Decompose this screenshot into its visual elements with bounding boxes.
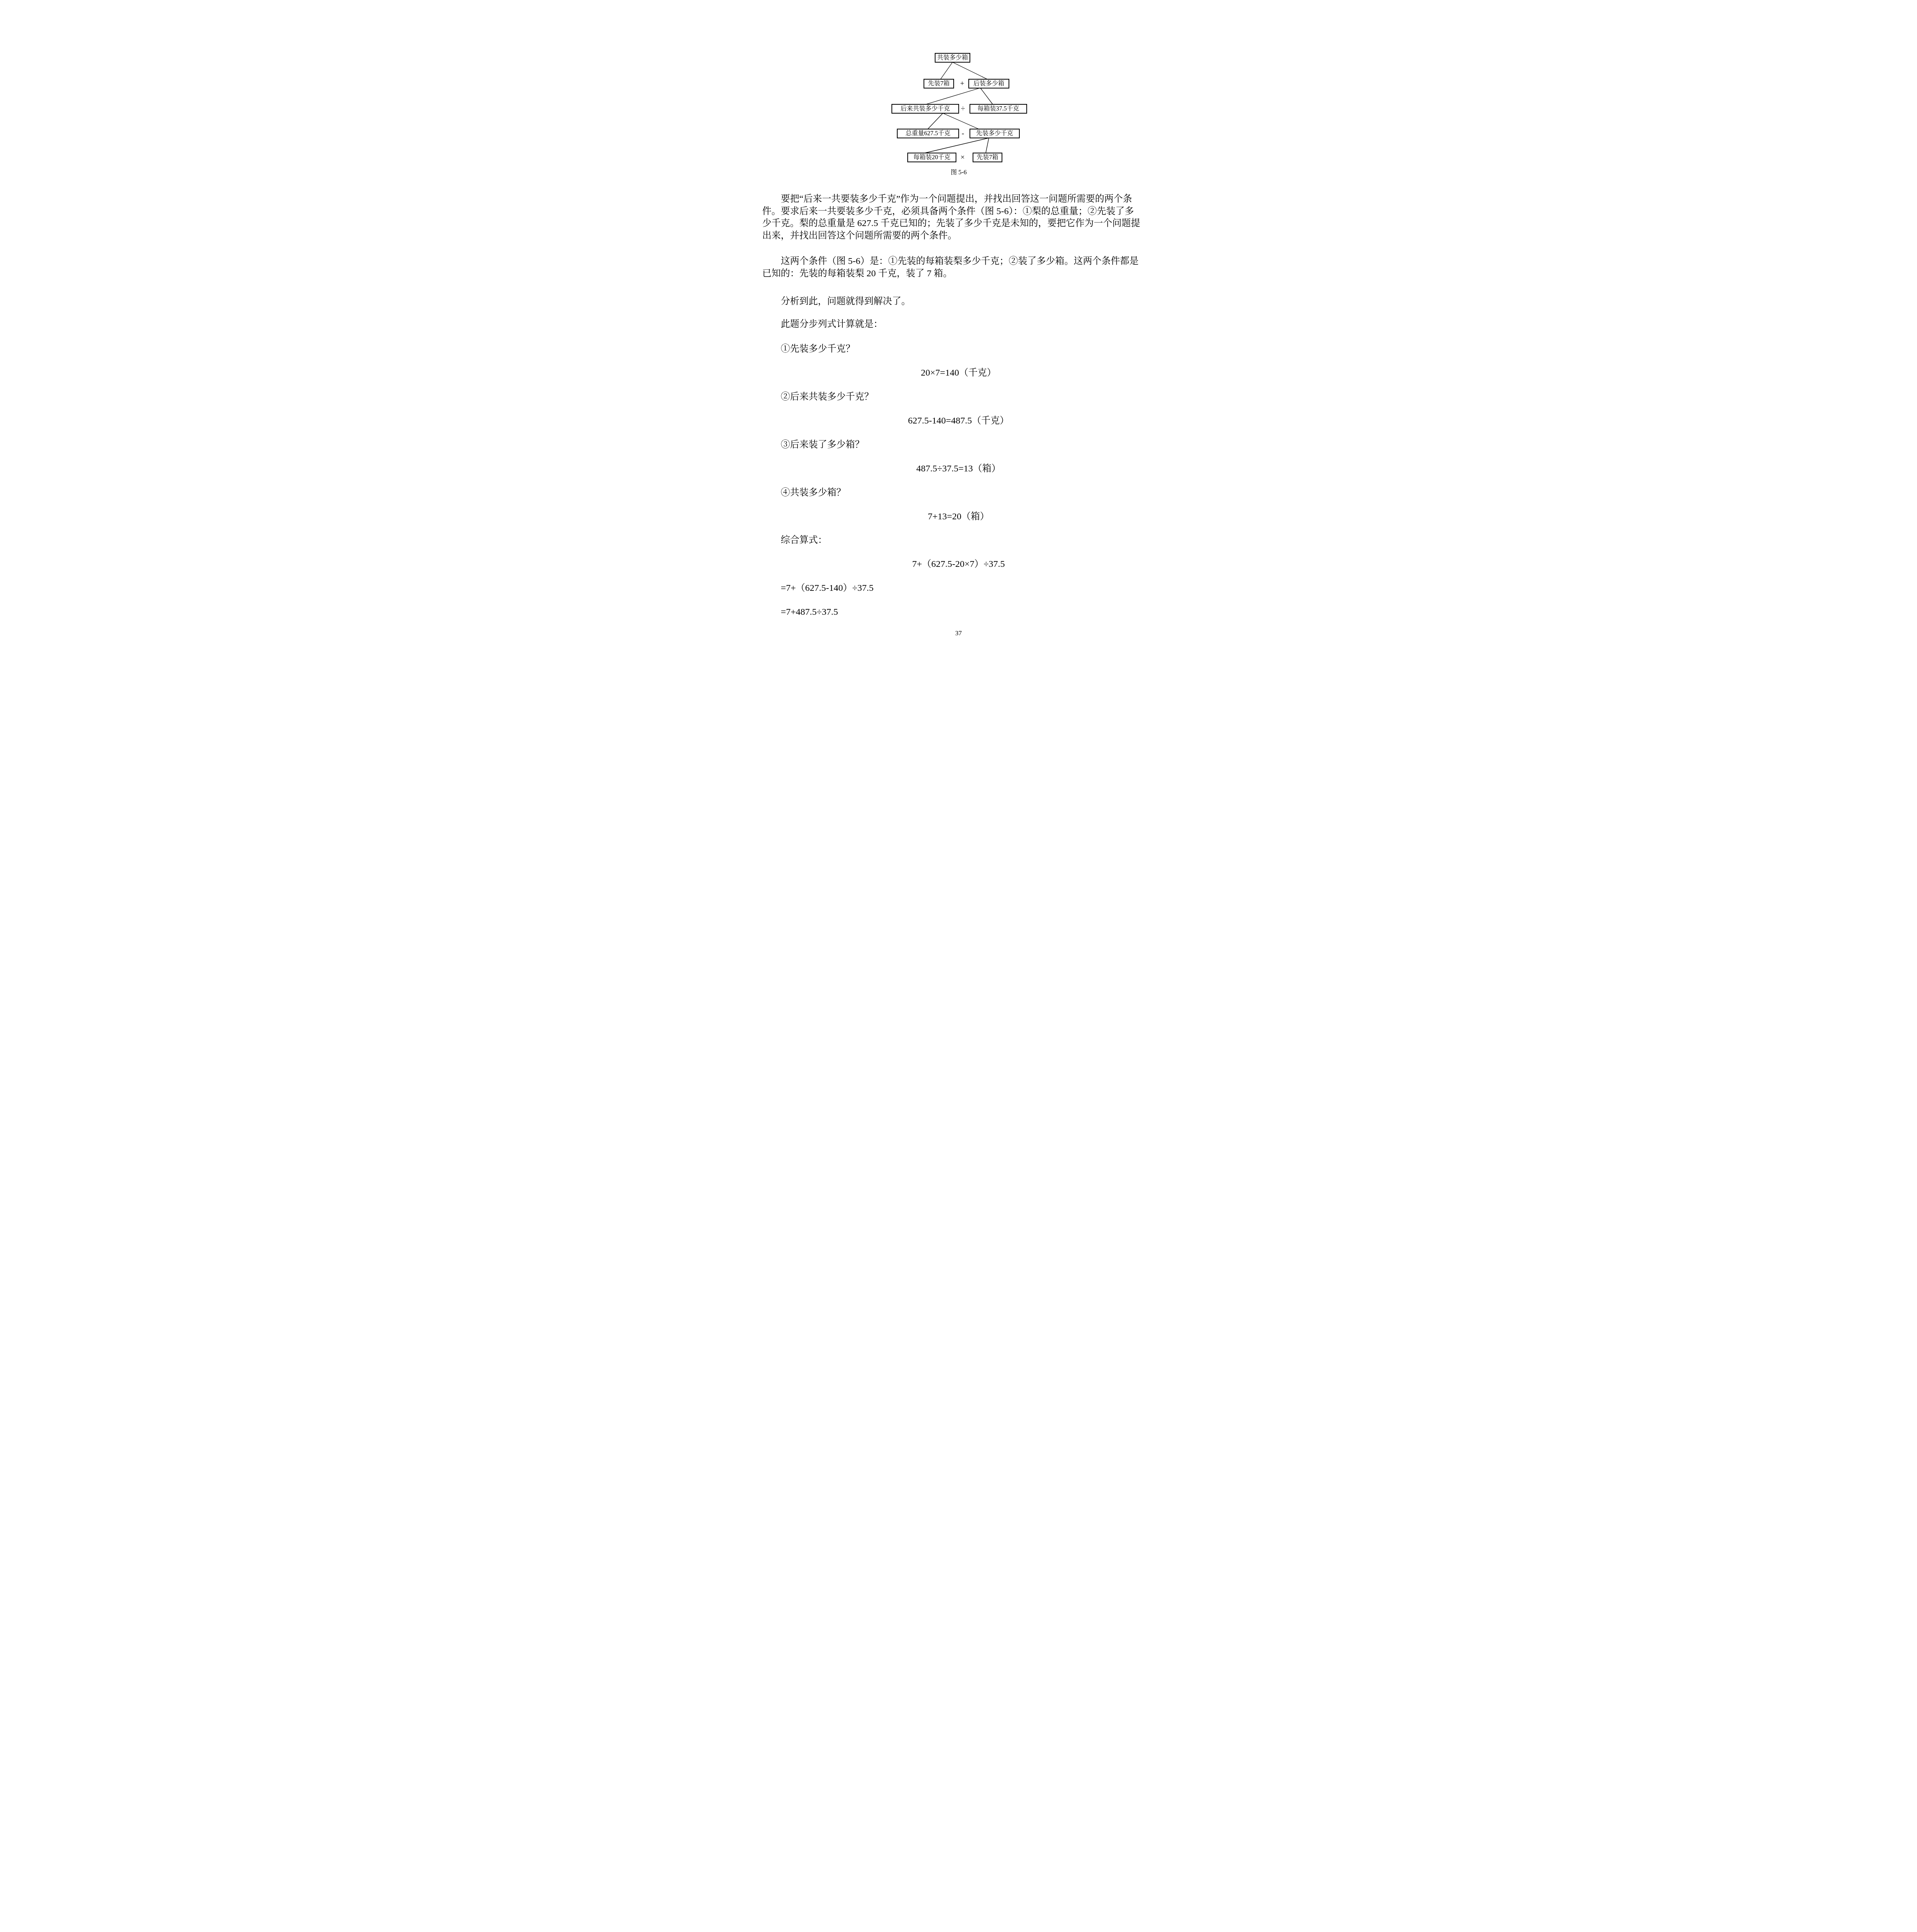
node-total-boxes-label: 共装多少箱 [937, 54, 968, 61]
node-first-how-many-kg-label: 先装多少千克 [976, 130, 1013, 137]
node-later-total-kg: 后来共装多少千克 [892, 104, 959, 113]
paragraph-2-line-1: 这两个条件（图 5-6）是：①先装的每箱装梨多少千克；②装了多少箱。这两个条件都… [762, 255, 1162, 268]
combined-expression-step-1: =7+（627.5-140）÷37.5 [762, 582, 1162, 595]
paragraph-4: 此题分步列式计算就是： [762, 318, 1162, 331]
step-2-formula: 627.5-140=487.5（千克） [719, 415, 1198, 427]
node-first-7-boxes-again: 先装7箱 [973, 153, 1002, 162]
node-total-boxes: 共装多少箱 [935, 53, 970, 62]
node-per-box-20-kg-label: 每箱装20千克 [913, 154, 950, 161]
combined-expression: 7+（627.5-20×7）÷37.5 [719, 558, 1198, 571]
node-later-how-many-boxes-label: 后装多少箱 [973, 80, 1004, 87]
node-total-weight-label: 总重量627.5千克 [905, 130, 950, 137]
node-per-box-20-kg: 每箱装20千克 [908, 153, 956, 162]
node-per-box-37-5-kg: 每箱装37.5千克 [970, 104, 1027, 113]
step-3-formula: 487.5÷37.5=13（箱） [719, 463, 1198, 475]
edge-later-left [926, 88, 980, 105]
analysis-tree-diagram: 共装多少箱 先装7箱 + 后装多少箱 后来共装多少千克 ÷ 每箱装37.5千克 … [719, 0, 1198, 182]
page-number: 37 [719, 629, 1198, 637]
edge-laterkg-right [943, 113, 979, 129]
step-2-heading: ②后来共装多少千克？ [762, 391, 1162, 403]
edge-root-right [953, 62, 987, 79]
node-first-7-boxes: 先装7箱 [924, 79, 954, 88]
paragraph-3: 分析到此，问题就得到解决了。 [762, 296, 1162, 308]
figure-caption: 图 5-6 [951, 169, 966, 176]
step-1-formula: 20×7=140（千克） [719, 367, 1198, 379]
edge-laterkg-left [928, 113, 943, 129]
node-first-how-many-kg: 先装多少千克 [970, 129, 1019, 138]
edge-firstkg-left [925, 138, 989, 153]
node-later-total-kg-label: 后来共装多少千克 [900, 105, 950, 112]
step-4-formula: 7+13=20（箱） [719, 511, 1198, 523]
edge-root-left [941, 62, 953, 79]
document-page: 共装多少箱 先装7箱 + 后装多少箱 后来共装多少千克 ÷ 每箱装37.5千克 … [719, 0, 1198, 678]
paragraph-2-line-2: 已知的：先装的每箱装梨 20 千克，装了 7 箱。 [762, 268, 1162, 280]
node-first-7-boxes-again-label: 先装7箱 [976, 154, 998, 161]
multiply-operator: × [960, 153, 964, 162]
divide-operator: ÷ [961, 105, 964, 113]
paragraph-1-line-2: 件。要求后来一共要装多少千克，必须具备两个条件（图 5-6）：①梨的总重量；②先… [762, 206, 1162, 218]
node-total-weight: 总重量627.5千克 [897, 129, 959, 138]
node-later-how-many-boxes: 后装多少箱 [969, 79, 1009, 88]
step-3-heading: ③后来装了多少箱？ [762, 439, 1162, 451]
combined-expression-label: 综合算式： [762, 534, 1162, 547]
minus-operator: - [961, 129, 964, 138]
edge-later-right [980, 88, 993, 105]
paragraph-1-line-4: 出来，并找出回答这个问题所需要的两个条件。 [762, 230, 1162, 242]
combined-expression-step-2: =7+487.5÷37.5 [762, 606, 1162, 619]
paragraph-1: 要把“后来一共要装多少千克”作为一个问题提出，并找出回答这一问题所需要的两个条 … [762, 193, 1162, 242]
step-4-heading: ④共装多少箱？ [762, 487, 1162, 499]
node-first-7-boxes-label: 先装7箱 [928, 80, 949, 87]
node-per-box-37-5-kg-label: 每箱装37.5千克 [977, 105, 1019, 112]
paragraph-2: 这两个条件（图 5-6）是：①先装的每箱装梨多少千克；②装了多少箱。这两个条件都… [762, 255, 1162, 280]
edge-firstkg-right [986, 138, 989, 153]
paragraph-1-line-3: 少千克。梨的总重量是 627.5 千克已知的；先装了多少千克是未知的，要把它作为… [762, 218, 1162, 230]
paragraph-1-line-1: 要把“后来一共要装多少千克”作为一个问题提出，并找出回答这一问题所需要的两个条 [762, 193, 1162, 206]
step-1-heading: ①先装多少千克？ [762, 343, 1162, 355]
plus-operator: + [960, 80, 964, 88]
